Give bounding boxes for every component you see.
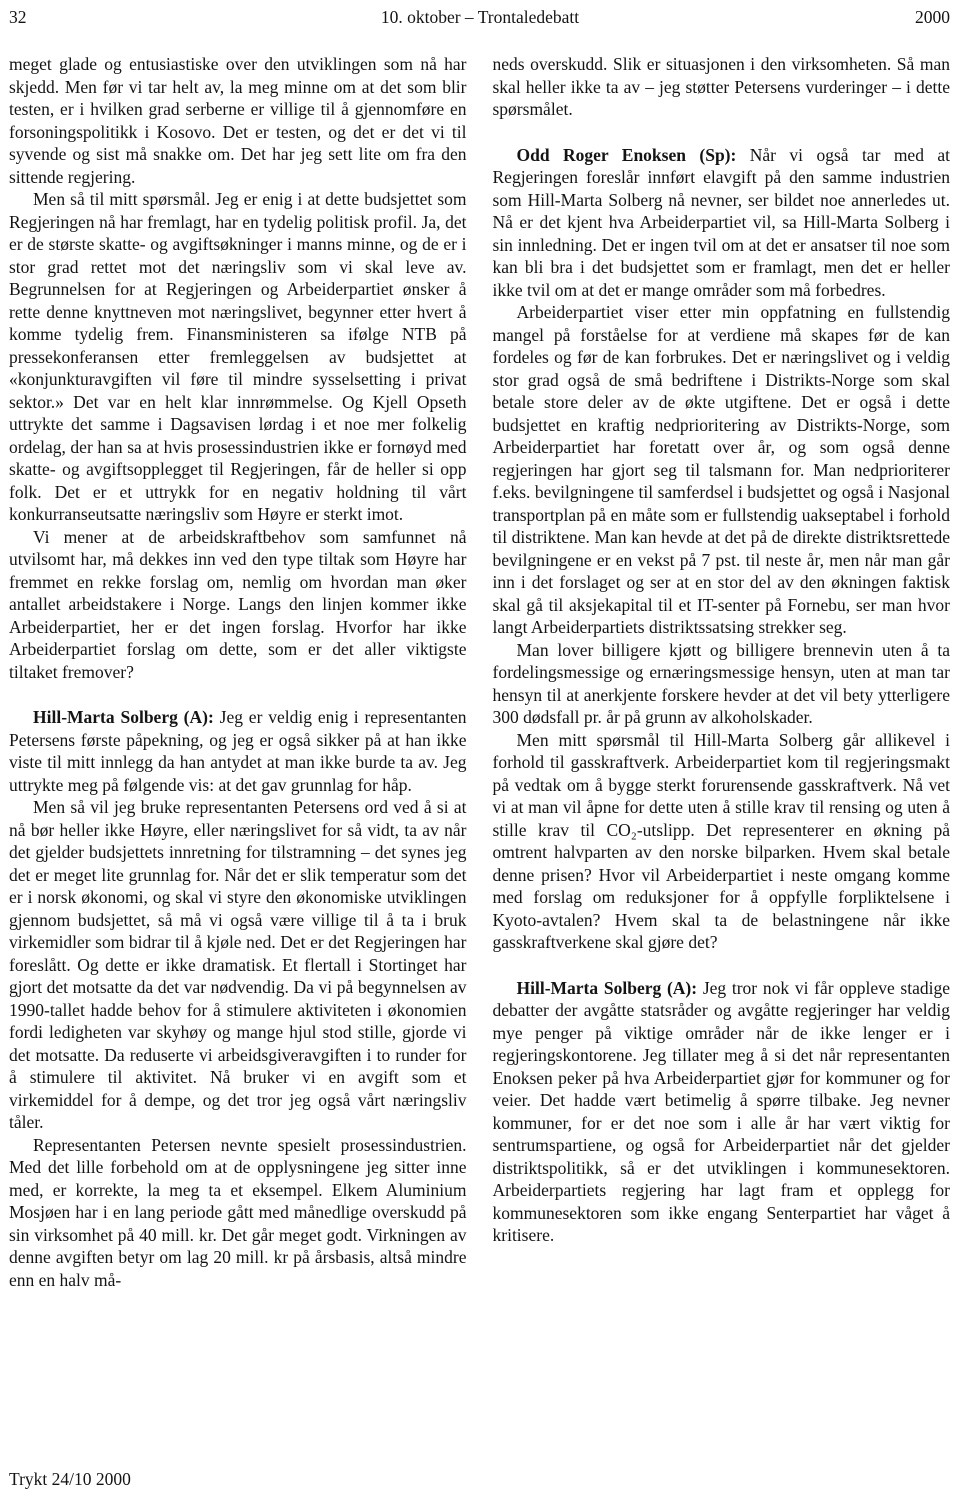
speaker-name: Odd Roger Enoksen (Sp): [517, 145, 737, 165]
speech-text: Når vi også tar med at Regjeringen fores… [493, 145, 951, 300]
document-page: 32 10. oktober – Trontaledebatt 2000 meg… [0, 0, 960, 1498]
paragraph: Arbeiderpartiet viser etter min oppfatni… [493, 301, 951, 639]
left-column: meget glade og entusiastiske over den ut… [9, 53, 467, 1291]
right-column: neds overskudd. Slik er situasjonen i de… [493, 53, 951, 1291]
paragraph: Vi mener at de arbeidskraftbehov som sam… [9, 526, 467, 684]
print-date: Trykt 24/10 2000 [9, 1469, 131, 1490]
paragraph: Men så til mitt spørsmål. Jeg er enig i … [9, 188, 467, 526]
paragraph-continuation: meget glade og entusiastiske over den ut… [9, 53, 467, 188]
running-title: 10. oktober – Trontaledebatt [0, 6, 960, 28]
paragraph: Men mitt spørsmål til Hill-Marta Solberg… [493, 729, 951, 954]
page-header: 32 10. oktober – Trontaledebatt 2000 [0, 0, 960, 28]
speech-paragraph: Hill-Marta Solberg (A): Jeg tror nok vi … [493, 977, 951, 1247]
paragraph-continuation: neds overskudd. Slik er situasjonen i de… [493, 53, 951, 121]
header-year: 2000 [915, 6, 950, 28]
speech-paragraph: Hill-Marta Solberg (A): Jeg er veldig en… [9, 706, 467, 796]
speaker-name: Hill-Marta Solberg (A): [33, 707, 214, 727]
speaker-name: Hill-Marta Solberg (A): [517, 978, 698, 998]
paragraph: Man lover billigere kjøtt og billigere b… [493, 639, 951, 729]
paragraph: Representanten Petersen nevnte spesielt … [9, 1134, 467, 1292]
paragraph: Men så vil jeg bruke representanten Pete… [9, 796, 467, 1134]
speech-paragraph: Odd Roger Enoksen (Sp): Når vi også tar … [493, 144, 951, 302]
text-columns: meget glade og entusiastiske over den ut… [0, 28, 960, 1291]
speech-text: Jeg tror nok vi får oppleve stadige deba… [493, 978, 951, 1246]
